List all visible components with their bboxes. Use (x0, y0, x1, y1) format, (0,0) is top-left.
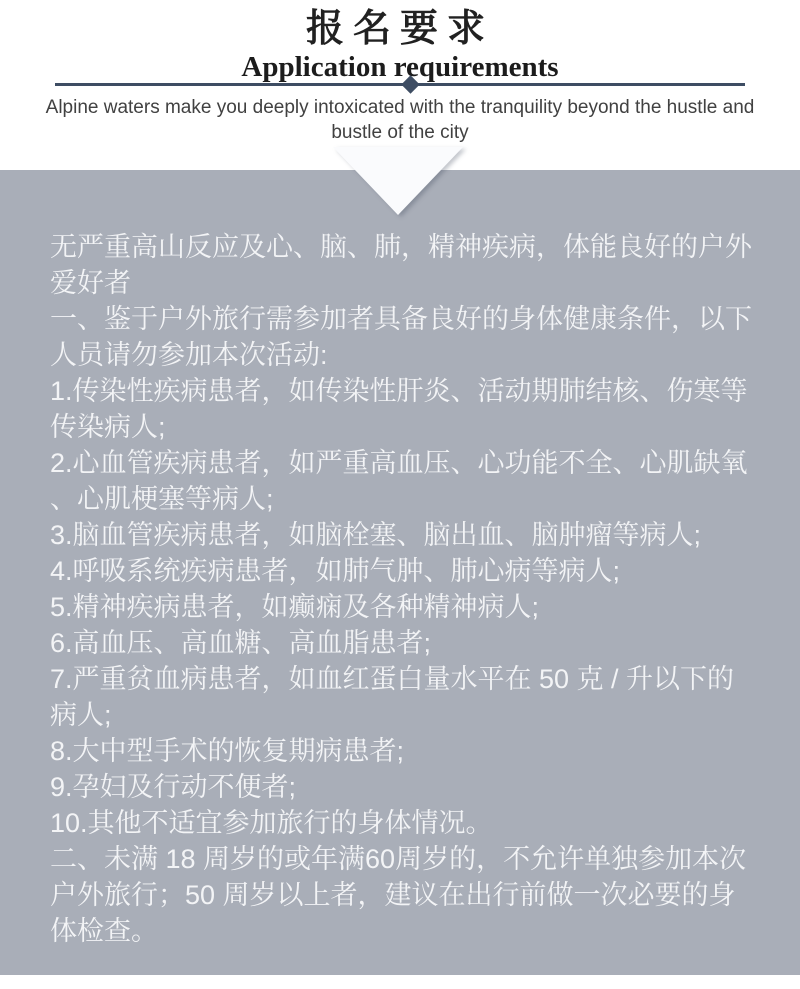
tagline-line: bustle of the city (331, 122, 468, 143)
text-line: 病人; (50, 697, 750, 733)
tagline: Alpine waters make you deeply intoxicate… (40, 95, 760, 145)
header: 报名要求 Application requirements Alpine wat… (0, 0, 800, 145)
text-line: 5.精神疾病患者，如癫痫及各种精神病人; (50, 589, 750, 625)
text-line: 二、未满 18 周岁的或年满60周岁的，不允许单独参加本次 (50, 841, 750, 877)
arrow-down-shape (333, 147, 463, 215)
text-line: 体检查。 (50, 913, 750, 949)
text-line: 无严重高山反应及心、脑、肺，精神疾病，体能良好的户外 (50, 229, 750, 265)
divider-line (55, 83, 745, 86)
page-subtitle: Application requirements (0, 52, 800, 82)
text-line: 户外旅行；50 周岁以上者，建议在出行前做一次必要的身 (50, 877, 750, 913)
text-line: 10.其他不适宜参加旅行的身体情况。 (50, 805, 750, 841)
arrow-down-icon (333, 147, 463, 215)
page-title: 报名要求 (0, 0, 800, 52)
text-line: 传染病人; (50, 409, 750, 445)
text-line: 6.高血压、高血糖、高血脂患者; (50, 625, 750, 661)
divider (55, 83, 745, 86)
text-line: 、心肌梗塞等病人; (50, 481, 750, 517)
text-line: 4.呼吸系统疾病患者，如肺气肿、肺心病等病人; (50, 553, 750, 589)
text-line: 一、鉴于户外旅行需参加者具备良好的身体健康条件，以下 (50, 301, 750, 337)
page: 报名要求 Application requirements Alpine wat… (0, 0, 800, 989)
text-line: 人员请勿参加本次活动: (50, 337, 750, 373)
requirements-text: 无严重高山反应及心、脑、肺，精神疾病，体能良好的户外 爱好者 一、鉴于户外旅行需… (50, 229, 750, 949)
text-line: 7.严重贫血病患者，如血红蛋白量水平在 50 克 / 升以下的 (50, 661, 750, 697)
text-line: 爱好者 (50, 265, 750, 301)
text-line: 9.孕妇及行动不便者; (50, 769, 750, 805)
text-line: 1.传染性疾病患者，如传染性肝炎、活动期肺结核、伤寒等 (50, 373, 750, 409)
tagline-line: Alpine waters make you deeply intoxicate… (46, 97, 755, 118)
text-line: 3.脑血管疾病患者，如脑栓塞、脑出血、脑肿瘤等病人; (50, 517, 750, 553)
text-line: 2.心血管疾病患者，如严重高血压、心功能不全、心肌缺氧 (50, 445, 750, 481)
text-line: 8.大中型手术的恢复期病患者; (50, 733, 750, 769)
